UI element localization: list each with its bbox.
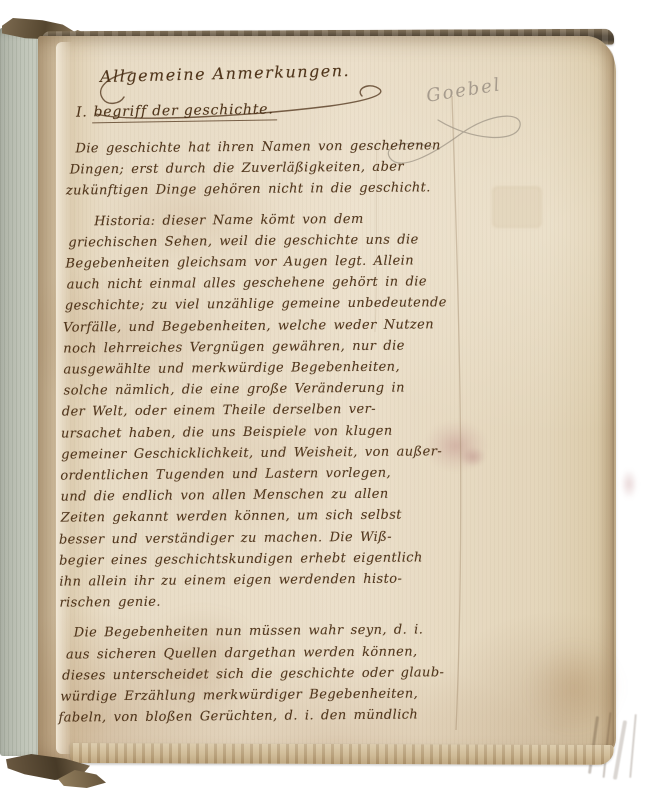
- manuscript-line: Vorfälle, und Begebenheiten, welche wede…: [63, 314, 479, 339]
- section-heading: I.begriff der geschichte.: [76, 101, 277, 120]
- manuscript-line: dieses unterscheidet sich die geschichte…: [62, 662, 482, 687]
- manuscript-line: rischen genie.: [59, 589, 481, 614]
- manuscript-body: Die geschichte hat ihren Namen von gesch…: [0, 135, 483, 730]
- manuscript-line: fabeln, von bloßen Gerüchten, d. i. den …: [58, 704, 482, 729]
- manuscript-line: zukünftigen Dinge gehören nicht in die g…: [66, 177, 478, 202]
- manuscript-line: begier eines geschichtskundigen erhebt e…: [59, 547, 481, 572]
- section-heading-text: begriff der geschichte.: [91, 101, 276, 123]
- cover-damage-fragment: [58, 770, 106, 788]
- paragraph: Die geschichte hat ihren Namen von gesch…: [0, 135, 478, 203]
- pink-ink-stain: [618, 464, 640, 504]
- section-number: I.: [76, 104, 88, 120]
- manuscript-line: gemeiner Geschicklichkeit, und Weisheit,…: [61, 441, 480, 466]
- paragraph: Die Begebenheiten nun müssen wahr seyn, …: [2, 619, 483, 729]
- manuscript-line: griechischen Sehen, weil die geschichte …: [68, 229, 478, 254]
- book-bottom-edge: [70, 743, 614, 765]
- manuscript-photo: Allgemeine Anmerkungen. I.begriff der ge…: [0, 0, 653, 800]
- manuscript-line: Die Begebenheiten nun müssen wahr seyn, …: [74, 619, 482, 644]
- manuscript-line: geschichte; zu viel unzählige gemeine un…: [65, 292, 479, 317]
- blind-stamp: [490, 184, 544, 230]
- foxing-stain: [514, 632, 634, 742]
- paragraph: Historia: dieser Name kömt von demgriech…: [0, 208, 482, 615]
- manuscript-line: Die geschichte hat ihren Namen von gesch…: [75, 135, 477, 160]
